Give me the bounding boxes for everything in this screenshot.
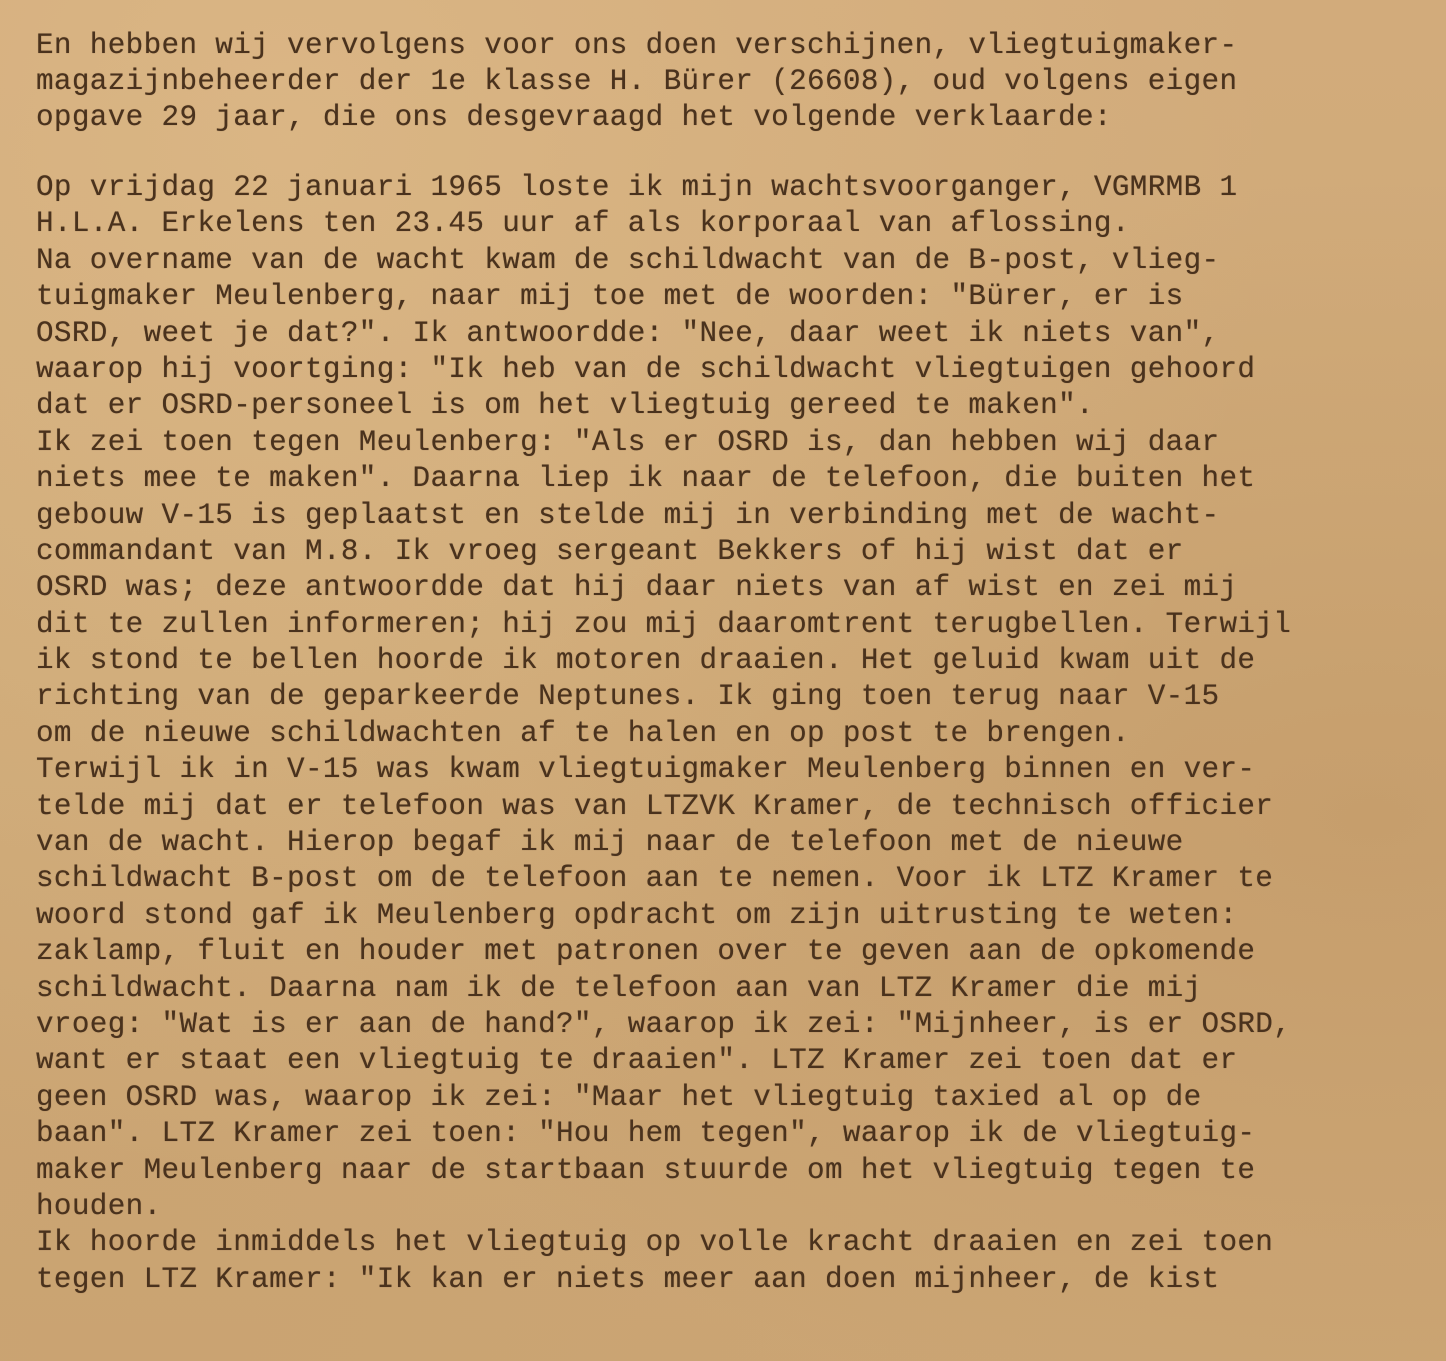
- text-line: gebouw V-15 is geplaatst en stelde mij i…: [36, 498, 1416, 534]
- text-line: opgave 29 jaar, die ons desgevraagd het …: [36, 100, 1416, 136]
- text-line: geen OSRD was, waarop ik zei: "Maar het …: [36, 1080, 1416, 1116]
- text-line: Op vrijdag 22 januari 1965 loste ik mijn…: [36, 170, 1416, 206]
- text-line: want er staat een vliegtuig te draaien".…: [36, 1043, 1416, 1079]
- text-line: Ik hoorde inmiddels het vliegtuig op vol…: [36, 1225, 1416, 1261]
- text-line: schildwacht B-post om de telefoon aan te…: [36, 861, 1416, 897]
- typewritten-document: En hebben wij vervolgens voor ons doen v…: [36, 28, 1416, 1298]
- text-line: tegen LTZ Kramer: "Ik kan er niets meer …: [36, 1262, 1416, 1298]
- paragraph-introduction: En hebben wij vervolgens voor ons doen v…: [36, 28, 1416, 136]
- paragraph-statement: Op vrijdag 22 januari 1965 loste ik mijn…: [36, 170, 1416, 1298]
- text-line: houden.: [36, 1189, 1416, 1225]
- text-line: schildwacht. Daarna nam ik de telefoon a…: [36, 971, 1416, 1007]
- text-line: Terwijl ik in V-15 was kwam vliegtuigmak…: [36, 752, 1416, 788]
- text-line: Na overname van de wacht kwam de schildw…: [36, 243, 1416, 279]
- text-line: richting van de geparkeerde Neptunes. Ik…: [36, 679, 1416, 715]
- text-line: H.L.A. Erkelens ten 23.45 uur af als kor…: [36, 206, 1416, 242]
- text-line: niets mee te maken". Daarna liep ik naar…: [36, 461, 1416, 497]
- text-line: baan". LTZ Kramer zei toen: "Hou hem teg…: [36, 1116, 1416, 1152]
- text-line: commandant van M.8. Ik vroeg sergeant Be…: [36, 534, 1416, 570]
- text-line: tuigmaker Meulenberg, naar mij toe met d…: [36, 279, 1416, 315]
- text-line: vroeg: "Wat is er aan de hand?", waarop …: [36, 1007, 1416, 1043]
- text-line: van de wacht. Hierop begaf ik mij naar d…: [36, 825, 1416, 861]
- text-line: zaklamp, fluit en houder met patronen ov…: [36, 934, 1416, 970]
- text-line: OSRD was; deze antwoordde dat hij daar n…: [36, 570, 1416, 606]
- text-line: waarop hij voortging: "Ik heb van de sch…: [36, 352, 1416, 388]
- text-line: ik stond te bellen hoorde ik motoren dra…: [36, 643, 1416, 679]
- text-line: En hebben wij vervolgens voor ons doen v…: [36, 28, 1416, 64]
- text-line: maker Meulenberg naar de startbaan stuur…: [36, 1153, 1416, 1189]
- text-line: dit te zullen informeren; hij zou mij da…: [36, 607, 1416, 643]
- text-line: woord stond gaf ik Meulenberg opdracht o…: [36, 898, 1416, 934]
- text-line: om de nieuwe schildwachten af te halen e…: [36, 716, 1416, 752]
- text-line: dat er OSRD-personeel is om het vliegtui…: [36, 388, 1416, 424]
- text-line: OSRD, weet je dat?". Ik antwoordde: "Nee…: [36, 316, 1416, 352]
- paragraph-gap: [36, 136, 1416, 170]
- text-line: telde mij dat er telefoon was van LTZVK …: [36, 789, 1416, 825]
- text-line: magazijnbeheerder der 1e klasse H. Bürer…: [36, 64, 1416, 100]
- text-line: Ik zei toen tegen Meulenberg: "Als er OS…: [36, 425, 1416, 461]
